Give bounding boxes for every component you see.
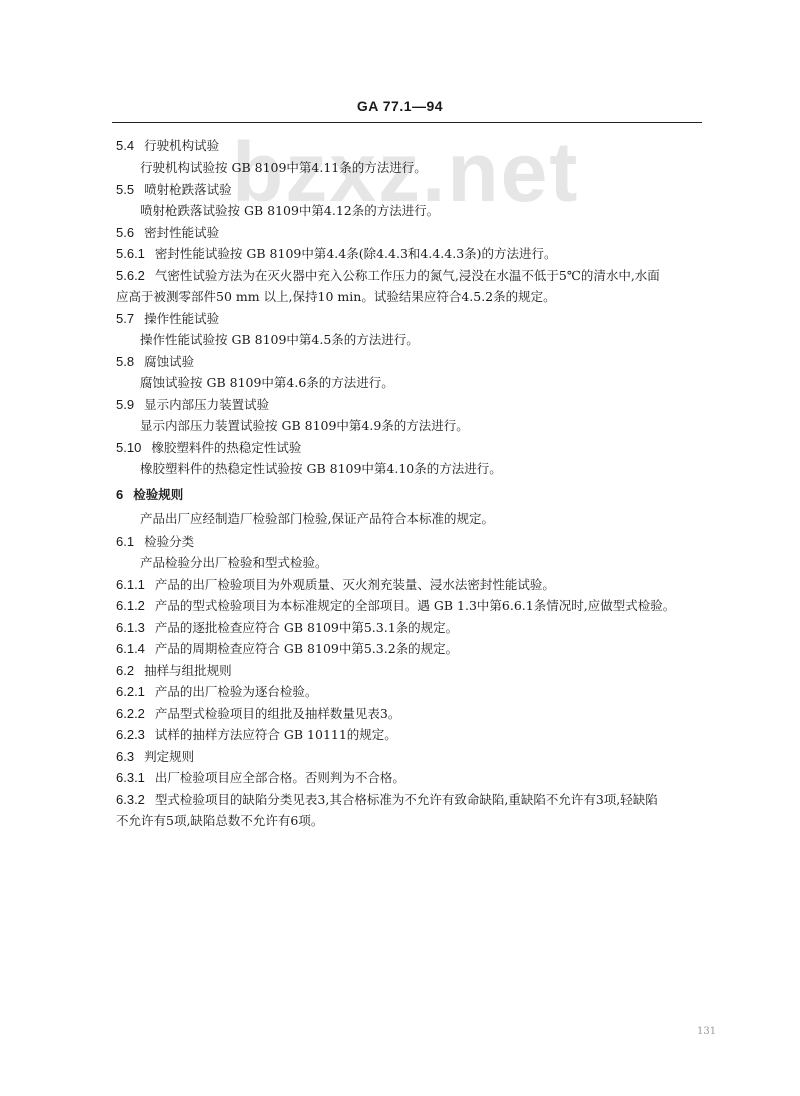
- clause-number: 6.2.1: [116, 684, 145, 700]
- section-title: 显示内部压力装置试验: [144, 397, 269, 412]
- chapter-heading: 6检验规则: [116, 487, 183, 503]
- page-number: 131: [697, 1026, 716, 1037]
- section-number: 5.10: [116, 440, 141, 456]
- clause-text: 产品的出厂检验项目为外观质量、灭火剂充装量、浸水法密封性能试验。: [155, 577, 555, 592]
- clause-number: 6.2.3: [116, 727, 145, 743]
- section-title: 判定规则: [144, 749, 194, 764]
- section-heading: 6.2抽样与组批规则: [116, 663, 232, 679]
- clause-text: 产品型式检验项目的组批及抽样数量见表3。: [155, 706, 400, 721]
- clause: 6.2.1产品的出厂检验为逐台检验。: [116, 684, 317, 700]
- paragraph: 显示内部压力装置试验按 GB 8109中第4.9条的方法进行。: [140, 418, 469, 434]
- section-title: 操作性能试验: [144, 311, 219, 326]
- paragraph: 行驶机构试验按 GB 8109中第4.11条的方法进行。: [140, 160, 427, 176]
- chapter-number: 6: [116, 487, 123, 503]
- clause: 5.6.2气密性试验方法为在灭火器中充入公称工作压力的氮气,浸没在水温不低于5℃…: [116, 268, 660, 284]
- clause-text: 试样的抽样方法应符合 GB 10111的规定。: [155, 727, 397, 742]
- clause-number: 5.6.1: [116, 246, 145, 262]
- clause: 6.3.1出厂检验项目应全部合格。否则判为不合格。: [116, 770, 405, 786]
- clause: 5.6.1密封性能试验按 GB 8109中第4.4条(除4.4.3和4.4.4.…: [116, 246, 557, 262]
- paragraph: 产品出厂应经制造厂检验部门检验,保证产品符合本标准的规定。: [140, 511, 494, 527]
- clause-number: 6.1.2: [116, 598, 145, 614]
- chapter-title: 检验规则: [133, 487, 183, 502]
- section-title: 密封性能试验: [144, 225, 219, 240]
- clause-text: 产品的出厂检验为逐台检验。: [155, 684, 318, 699]
- section-number: 6.1: [116, 534, 134, 550]
- section-heading: 5.10橡胶塑料件的热稳定性试验: [116, 440, 301, 456]
- section-heading: 6.1检验分类: [116, 534, 194, 550]
- clause-number: 6.2.2: [116, 706, 145, 722]
- section-number: 6.2: [116, 663, 134, 679]
- section-number: 5.6: [116, 225, 134, 241]
- clause-text: 气密性试验方法为在灭火器中充入公称工作压力的氮气,浸没在水温不低于5℃的清水中,…: [155, 268, 660, 283]
- clause-number: 6.1.1: [116, 577, 145, 593]
- section-title: 橡胶塑料件的热稳定性试验: [151, 440, 301, 455]
- section-heading: 5.7操作性能试验: [116, 311, 219, 327]
- section-heading: 6.3判定规则: [116, 749, 194, 765]
- clause: 6.1.2产品的型式检验项目为本标准规定的全部项目。遇 GB 1.3中第6.6.…: [116, 598, 675, 614]
- clause-text: 产品的逐批检查应符合 GB 8109中第5.3.1条的规定。: [155, 620, 458, 635]
- section-title: 检验分类: [144, 534, 194, 549]
- paragraph: 橡胶塑料件的热稳定性试验按 GB 8109中第4.10条的方法进行。: [140, 461, 502, 477]
- section-title: 喷射枪跌落试验: [144, 182, 232, 197]
- clause-text: 产品的周期检查应符合 GB 8109中第5.3.2条的规定。: [155, 641, 458, 656]
- section-heading: 5.8腐蚀试验: [116, 354, 194, 370]
- clause-number: 6.3.1: [116, 770, 145, 786]
- section-number: 5.8: [116, 354, 134, 370]
- section-title: 行驶机构试验: [144, 138, 219, 153]
- clause-text: 型式检验项目的缺陷分类见表3,其合格标准为不允许有致命缺陷,重缺陷不允许有3项,…: [155, 792, 658, 807]
- clause: 6.1.1产品的出厂检验项目为外观质量、灭火剂充装量、浸水法密封性能试验。: [116, 577, 555, 593]
- section-number: 5.9: [116, 397, 134, 413]
- document-page: GA 77.1—94 bzxz.net 5.4行驶机构试验 行驶机构试验按 GB…: [0, 0, 800, 1096]
- section-number: 5.7: [116, 311, 134, 327]
- paragraph-continuation: 应高于被测零部件50 mm 以上,保持10 min。试验结果应符合4.5.2条的…: [116, 289, 556, 305]
- clause-text: 产品的型式检验项目为本标准规定的全部项目。遇 GB 1.3中第6.6.1条情况时…: [155, 598, 675, 613]
- paragraph: 喷射枪跌落试验按 GB 8109中第4.12条的方法进行。: [140, 203, 439, 219]
- clause-number: 5.6.2: [116, 268, 145, 284]
- clause-number: 6.1.3: [116, 620, 145, 636]
- section-number: 5.5: [116, 182, 134, 198]
- section-heading: 5.6密封性能试验: [116, 225, 219, 241]
- section-heading: 5.4行驶机构试验: [116, 138, 219, 154]
- paragraph: 操作性能试验按 GB 8109中第4.5条的方法进行。: [140, 332, 419, 348]
- header-rule: [112, 122, 702, 123]
- paragraph: 产品检验分出厂检验和型式检验。: [140, 555, 328, 571]
- section-title: 腐蚀试验: [144, 354, 194, 369]
- section-title: 抽样与组批规则: [144, 663, 232, 678]
- paragraph-continuation: 不允许有5项,缺陷总数不允许有6项。: [116, 813, 323, 829]
- clause-number: 6.1.4: [116, 641, 145, 657]
- standard-code-header: GA 77.1—94: [0, 98, 800, 114]
- clause: 6.1.3产品的逐批检查应符合 GB 8109中第5.3.1条的规定。: [116, 620, 458, 636]
- clause-text: 出厂检验项目应全部合格。否则判为不合格。: [155, 770, 405, 785]
- paragraph: 腐蚀试验按 GB 8109中第4.6条的方法进行。: [140, 375, 394, 391]
- section-heading: 5.9显示内部压力装置试验: [116, 397, 269, 413]
- clause-number: 6.3.2: [116, 792, 145, 808]
- clause: 6.3.2型式检验项目的缺陷分类见表3,其合格标准为不允许有致命缺陷,重缺陷不允…: [116, 792, 658, 808]
- section-heading: 5.5喷射枪跌落试验: [116, 182, 232, 198]
- section-number: 6.3: [116, 749, 134, 765]
- clause: 6.2.2产品型式检验项目的组批及抽样数量见表3。: [116, 706, 400, 722]
- section-number: 5.4: [116, 138, 134, 154]
- clause-text: 密封性能试验按 GB 8109中第4.4条(除4.4.3和4.4.4.3条)的方…: [155, 246, 557, 261]
- clause: 6.2.3试样的抽样方法应符合 GB 10111的规定。: [116, 727, 397, 743]
- clause: 6.1.4产品的周期检查应符合 GB 8109中第5.3.2条的规定。: [116, 641, 458, 657]
